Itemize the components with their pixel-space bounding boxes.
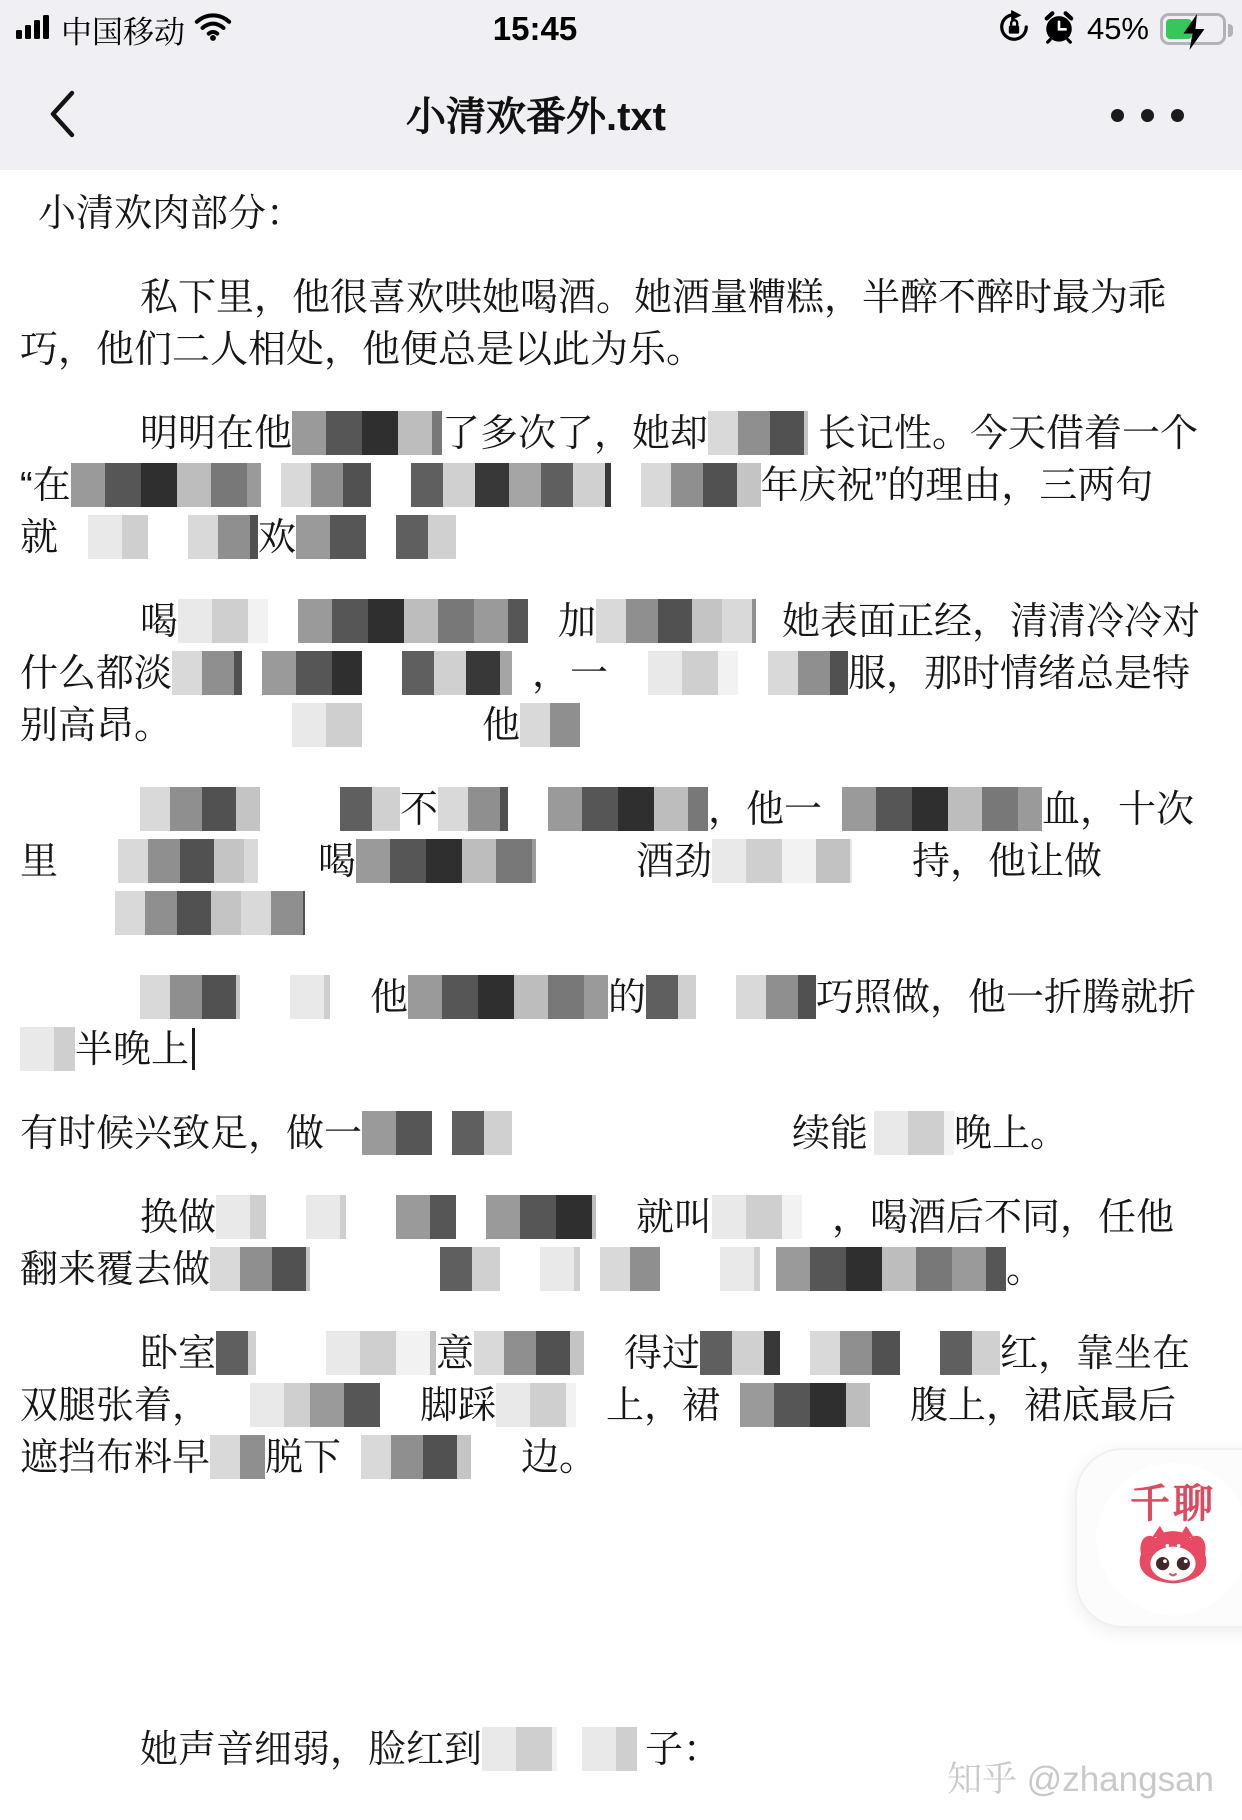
censored-block [776, 1247, 1006, 1291]
text-cursor [192, 1028, 195, 1070]
paragraph: 不，他一血，十次里喝酒劲持，他让做 [20, 784, 1218, 940]
spacer [471, 1462, 521, 1470]
censored-block [438, 787, 508, 831]
spacer [720, 1410, 740, 1418]
text-fragment: 明明在他 [140, 413, 292, 455]
wifi-icon [194, 12, 232, 46]
censored-block [641, 463, 761, 507]
spacer [330, 1002, 370, 1010]
censored-block [548, 787, 708, 831]
spacer [528, 626, 558, 634]
spacer [366, 542, 396, 550]
ellipsis-icon [1171, 109, 1184, 122]
qianliao-label: 千聊 [1130, 1484, 1216, 1524]
censored-block [768, 651, 848, 695]
censored-block [596, 599, 756, 643]
censored-block [646, 975, 696, 1019]
spacer [58, 866, 118, 874]
text-fragment: 她声音细弱，脸红到 [140, 1729, 482, 1771]
text-fragment: 年庆祝”的理由，三两句 [761, 465, 1154, 507]
censored-block [326, 1331, 436, 1375]
censored-block [712, 1195, 802, 1239]
text-fragment: 脚踩 [420, 1385, 496, 1427]
spacer [210, 1410, 250, 1418]
text-fragment: 的 [608, 977, 646, 1019]
text-fragment: 晚上。 [954, 1113, 1068, 1155]
text-fragment: 腹上，裙底最后 [910, 1385, 1176, 1427]
censored-block [298, 599, 528, 643]
censored-block [402, 651, 512, 695]
text-fragment: 里 [20, 841, 58, 883]
alarm-icon [1042, 10, 1076, 49]
censored-block [290, 975, 330, 1019]
spacer [341, 1462, 361, 1470]
censored-block [440, 1247, 500, 1291]
spacer [58, 542, 88, 550]
text-fragment: 遮挡布料早 [20, 1437, 210, 1479]
text-fragment: 他 [370, 977, 408, 1019]
censored-block [396, 515, 456, 559]
battery-percent-label: 45% [1087, 11, 1149, 47]
spacer [258, 866, 318, 874]
text-fragment: 上，裙 [606, 1385, 720, 1427]
text-fragment: 了多次了，她却 [442, 413, 708, 455]
censored-block [292, 411, 442, 455]
spacer [780, 1358, 810, 1366]
spacer [584, 1358, 624, 1366]
paragraph: 喝加她表面正经，清清冷冷对什么都淡，一服，那时情绪总是特别高昂。他 [20, 596, 1218, 752]
censored-block [411, 463, 611, 507]
text-fragment: ，喝酒后不同，任他 [832, 1197, 1174, 1239]
text-fragment: 加 [558, 601, 596, 643]
censored-block [71, 463, 261, 507]
text-fragment: 什么都淡 [20, 653, 172, 695]
paragraph: 私下里，他很喜欢哄她喝酒。她酒量糟糕，半醉不醉时最为乖巧，他们二人相处，他便总是… [20, 272, 1218, 376]
spacer [557, 1754, 582, 1762]
censored-block [361, 1435, 471, 1479]
text-fragment: 换做 [140, 1197, 216, 1239]
text-fragment: 卧室 [140, 1333, 216, 1375]
clock-time: 15:45 [455, 0, 615, 58]
spacer [512, 1138, 792, 1146]
spacer [500, 1274, 540, 1282]
spacer [172, 730, 292, 738]
ellipsis-icon [1111, 109, 1124, 122]
censored-block [115, 891, 305, 935]
text-fragment: 不 [400, 789, 438, 831]
more-button[interactable] [1111, 100, 1184, 130]
spacer [822, 814, 842, 822]
text-fragment: ，一 [532, 653, 608, 695]
qianliao-logo: 千聊 [1097, 1463, 1242, 1615]
text-fragment: 服，那时情绪总是特 [848, 653, 1190, 695]
text-fragment: 他 [482, 705, 520, 747]
censored-block [408, 975, 608, 1019]
text-fragment: 红，靠坐在 [1000, 1333, 1190, 1375]
spacer [576, 1410, 606, 1418]
text-fragment: 她表面正经，清清冷冷对 [782, 601, 1200, 643]
spacer [611, 490, 641, 498]
censored-block [172, 651, 242, 695]
censored-block [340, 787, 400, 831]
censored-block [216, 1195, 266, 1239]
text-fragment: 小清欢肉部分： [38, 193, 304, 235]
spacer [362, 730, 482, 738]
watermark: 知乎 @zhangsan [947, 1752, 1214, 1802]
spacer [870, 1410, 910, 1418]
spacer [346, 1222, 396, 1230]
spacer [362, 678, 402, 686]
spacer [608, 678, 648, 686]
status-bar: 中国移动 15:45 [0, 0, 1242, 58]
censored-block [310, 1383, 380, 1427]
censored-block [88, 515, 148, 559]
text-fragment: 双腿张着， [20, 1385, 210, 1427]
spacer [266, 1222, 306, 1230]
text-fragment: 就 [20, 517, 58, 559]
text-fragment: 欢 [258, 517, 296, 559]
censored-block [356, 839, 536, 883]
censored-block [940, 1331, 1000, 1375]
spacer [20, 918, 115, 926]
spacer [380, 1410, 420, 1418]
text-fragment: 翻来覆去做 [20, 1249, 210, 1291]
spacer [242, 678, 262, 686]
censored-block [520, 703, 580, 747]
spacer [508, 814, 548, 822]
spacer [148, 542, 188, 550]
text-fragment: 。 [1006, 1249, 1044, 1291]
censored-block [708, 411, 808, 455]
censored-block [362, 1111, 432, 1155]
censored-block [216, 1331, 256, 1375]
spacer [256, 1358, 326, 1366]
spacer [637, 1754, 645, 1762]
qianliao-badge: 千聊 [1075, 1448, 1242, 1628]
text-fragment: 半晚上 [75, 1029, 189, 1071]
censored-block [700, 1331, 780, 1375]
censored-block [306, 1195, 346, 1239]
text-fragment: 就叫 [636, 1197, 712, 1239]
spacer [432, 1138, 452, 1146]
spacer [240, 1002, 290, 1010]
spacer [660, 1274, 720, 1282]
censored-block [292, 703, 362, 747]
censored-block [296, 515, 366, 559]
page-title: 小清欢番外.txt [0, 58, 1072, 170]
censored-block [740, 1383, 870, 1427]
censored-block [140, 787, 260, 831]
text-fragment: 边。 [521, 1437, 597, 1479]
censored-block [842, 787, 1042, 831]
text-fragment: 持，他让做 [912, 841, 1102, 883]
censored-block [118, 839, 258, 883]
spacer [371, 490, 411, 498]
paragraph: 卧室意得过红，靠坐在双腿张着，脚踩上，裙腹上，裙底最后遮挡布料早脱下边。 [20, 1328, 1218, 1484]
censored-block [720, 1247, 760, 1291]
spacer [512, 678, 532, 686]
text-fragment: 有时候兴致足，做一 [20, 1113, 362, 1155]
ellipsis-icon [1141, 109, 1154, 122]
censored-block [140, 975, 240, 1019]
censored-block [210, 1435, 265, 1479]
battery-charging-icon [1160, 13, 1226, 45]
censored-block [250, 1383, 310, 1427]
text-fragment: 别高昂。 [20, 705, 172, 747]
text-fragment: 续能 [792, 1113, 868, 1155]
paragraph: 换做就叫，喝酒后不同，任他翻来覆去做。 [20, 1192, 1218, 1296]
qianliao-mascot-icon [1129, 1524, 1217, 1595]
censored-block [262, 651, 362, 695]
censored-block [810, 1331, 900, 1375]
text-fragment: 长记性。今天借着一个 [818, 413, 1198, 455]
spacer [310, 1274, 440, 1282]
text-fragment: 意 [436, 1333, 474, 1375]
censored-block [496, 1383, 576, 1427]
censored-block [396, 1195, 456, 1239]
text-fragment: 子： [645, 1729, 721, 1771]
censored-block [452, 1111, 512, 1155]
censored-block [648, 651, 738, 695]
spacer [802, 1222, 832, 1230]
text-fragment: 喝 [318, 841, 356, 883]
cellular-signal-icon [16, 15, 52, 44]
spacer [456, 1222, 486, 1230]
censored-block [486, 1195, 596, 1239]
spacer [760, 1274, 776, 1282]
censored-block [178, 599, 268, 643]
spacer [260, 814, 340, 822]
spacer [596, 1222, 636, 1230]
spacer [261, 490, 281, 498]
spacer [268, 626, 298, 634]
document-content[interactable]: 小清欢肉部分：私下里，他很喜欢哄她喝酒。她酒量糟糕，半醉不醉时最为乖巧，他们二人… [0, 170, 1242, 1820]
spacer [852, 866, 912, 874]
censored-block [736, 975, 816, 1019]
text-fragment: ，他一 [708, 789, 822, 831]
paragraph: 他的巧照做，他一折腾就折半晚上 [20, 972, 1218, 1076]
text-fragment: 得过 [624, 1333, 700, 1375]
paragraph: 有时候兴致足，做一续能晚上。 [20, 1108, 1218, 1160]
text-fragment: 喝 [140, 601, 178, 643]
text-fragment: 脱下 [265, 1437, 341, 1479]
text-fragment: 血，十次 [1042, 789, 1194, 831]
paragraph: 明明在他了多次了，她却长记性。今天借着一个“在年庆祝”的理由，三两句就欢 [20, 408, 1218, 564]
censored-block [712, 839, 852, 883]
text-fragment: 巧照做，他一折腾就折 [816, 977, 1196, 1019]
censored-block [188, 515, 258, 559]
text-fragment: “在 [20, 465, 71, 507]
text-fragment: 私下里，他很喜欢哄她喝酒。她酒量糟糕，半醉不醉时最为乖巧，他们二人相处，他便总是… [20, 277, 1166, 371]
spacer [756, 626, 782, 634]
censored-block [582, 1727, 637, 1771]
carrier-label: 中国移动 [61, 7, 185, 52]
spacer [696, 1002, 736, 1010]
censored-block [281, 463, 371, 507]
censored-block [482, 1727, 557, 1771]
spacer [536, 866, 636, 874]
text-fragment: 酒劲 [636, 841, 712, 883]
spacer [808, 438, 818, 446]
spacer [900, 1358, 940, 1366]
spacer [738, 678, 768, 686]
censored-block [210, 1247, 310, 1291]
censored-block [474, 1331, 584, 1375]
heading: 小清欢肉部分： [20, 188, 1218, 240]
censored-block [600, 1247, 660, 1291]
censored-block [540, 1247, 580, 1291]
nav-bar: 小清欢番外.txt [0, 58, 1242, 170]
spacer [580, 1274, 600, 1282]
censored-block [874, 1111, 954, 1155]
header: 中国移动 15:45 [0, 0, 1242, 170]
censored-block [20, 1027, 75, 1071]
orientation-lock-icon [997, 10, 1031, 49]
